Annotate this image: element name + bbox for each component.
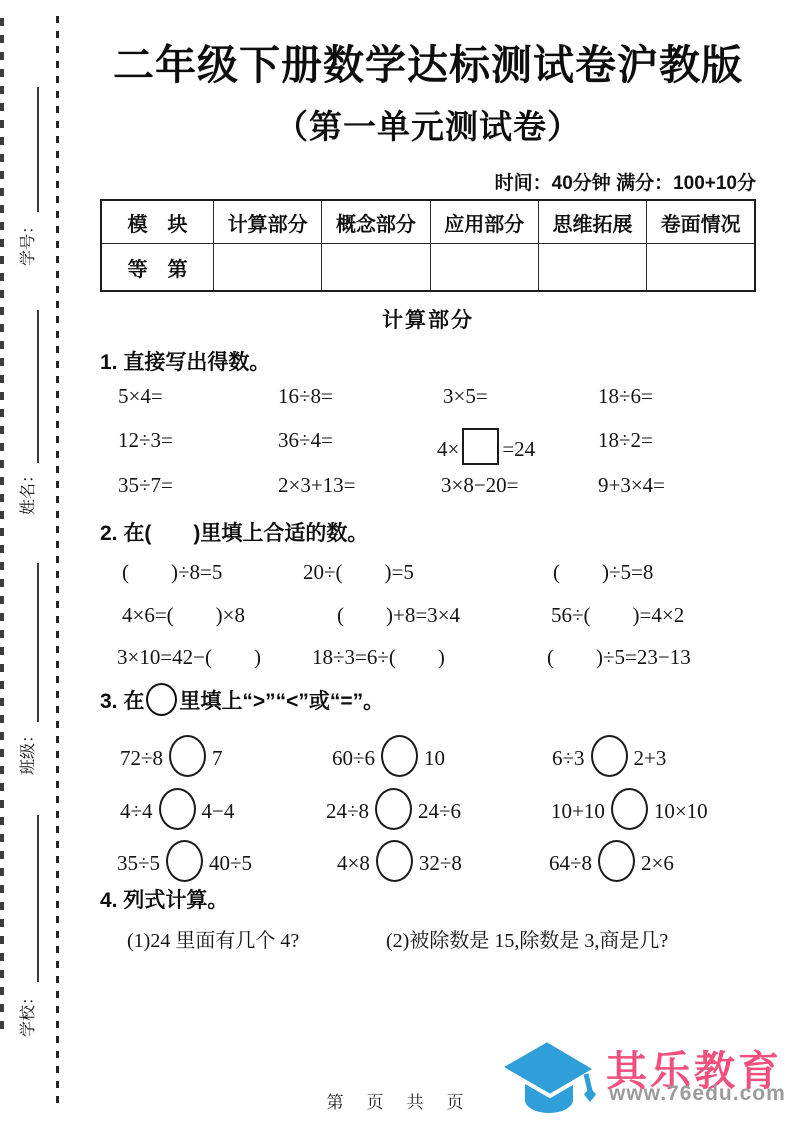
q1-problem: 5×4= xyxy=(118,384,163,409)
student-name-write-line xyxy=(37,310,39,463)
q1-box-pre: 4× xyxy=(437,437,459,461)
q2-problem: 4×6=( )×8 xyxy=(122,599,245,629)
q1-problem: 16÷8= xyxy=(278,384,333,409)
q3-problem: 35÷540÷5 xyxy=(117,840,252,882)
comparison-circle-icon xyxy=(611,788,648,830)
q3-right-expr: 10 xyxy=(424,746,445,770)
q3-title-pre: 3. 在 xyxy=(100,690,144,713)
q2-problem: 3×10=42−( ) xyxy=(117,641,261,671)
class-label: 班级： xyxy=(15,719,33,783)
q3-right-expr: 24÷6 xyxy=(418,799,461,823)
school-write-line xyxy=(37,815,39,982)
score-col-module: 模 块 xyxy=(101,200,214,244)
student-id-label: 学号： xyxy=(15,210,33,274)
q3-right-expr: 40÷5 xyxy=(209,851,252,875)
q3-right-expr: 10×10 xyxy=(654,799,708,823)
q2-problem: ( )÷5=23−13 xyxy=(547,641,691,671)
q3-problem: 4÷44−4 xyxy=(120,788,234,830)
grade-cell-empty xyxy=(647,244,755,292)
score-col-calculation: 计算部分 xyxy=(214,200,322,244)
q1-problem: 9+3×4= xyxy=(598,473,665,498)
q3-problem: 24÷824÷6 xyxy=(326,788,461,830)
q1-problem: 35÷7= xyxy=(118,473,173,498)
q3-right-expr: 2×6 xyxy=(641,851,674,875)
q2-problem: 20÷( )=5 xyxy=(303,556,414,586)
grade-row-label: 等 第 xyxy=(101,244,214,292)
q3-title-post: 里填上“>”“<”或“=”。 xyxy=(179,690,384,713)
q4-title: 4. 列式计算。 xyxy=(100,884,228,914)
score-col-thinking: 思维拓展 xyxy=(538,200,646,244)
section-title-calculation: 计算部分 xyxy=(100,304,756,334)
q1-problem: 18÷2= xyxy=(598,428,653,453)
q1-problem: 36÷4= xyxy=(278,428,333,453)
score-col-neatness: 卷面情况 xyxy=(647,200,755,244)
q3-left-expr: 4×8 xyxy=(337,851,370,875)
score-table-grade-row: 等 第 xyxy=(101,244,755,292)
q3-right-expr: 32÷8 xyxy=(419,851,462,875)
comparison-circle-icon xyxy=(598,840,635,882)
grade-cell-empty xyxy=(430,244,538,292)
q3-left-expr: 64÷8 xyxy=(549,851,592,875)
q3-right-expr: 4−4 xyxy=(202,799,235,823)
comparison-circle-icon xyxy=(166,840,203,882)
graduation-cap-icon xyxy=(492,1036,604,1118)
comparison-circle-icon xyxy=(169,735,206,777)
q1-problem: 2×3+13= xyxy=(278,473,356,498)
q3-title: 3. 在里填上“>”“<”或“=”。 xyxy=(100,683,384,716)
q1-problem: 12÷3= xyxy=(118,428,173,453)
q3-problem: 60÷610 xyxy=(332,735,445,777)
grade-cell-empty xyxy=(322,244,430,292)
q2-problem: ( )÷5=8 xyxy=(553,556,653,586)
q3-left-expr: 6÷3 xyxy=(552,746,585,770)
q3-left-expr: 72÷8 xyxy=(120,746,163,770)
q1-problem: 3×8−20= xyxy=(441,473,519,498)
binding-dashed-line xyxy=(56,16,59,1105)
student-id-write-line xyxy=(37,87,39,212)
q3-right-expr: 7 xyxy=(212,746,223,770)
q3-problem: 10+1010×10 xyxy=(551,788,708,830)
q3-problem: 64÷82×6 xyxy=(549,840,674,882)
grade-cell-empty xyxy=(214,244,322,292)
q3-problem: 4×832÷8 xyxy=(337,840,462,882)
q3-left-expr: 4÷4 xyxy=(120,799,153,823)
comparison-circle-icon xyxy=(591,735,628,777)
q3-left-expr: 35÷5 xyxy=(117,851,160,875)
comparison-circle-icon xyxy=(375,788,412,830)
q1-title: 1. 直接写出得数。 xyxy=(100,346,270,376)
q2-problem: 18÷3=6÷( ) xyxy=(312,641,445,671)
q3-problem: 6÷32+3 xyxy=(552,735,666,777)
q2-title: 2. 在( )里填上合适的数。 xyxy=(100,517,368,547)
q3-left-expr: 24÷8 xyxy=(326,799,369,823)
exam-time-score-info: 时间：40分钟 满分：100+10分 xyxy=(100,168,756,195)
answer-blank-box xyxy=(462,428,499,465)
q3-right-expr: 2+3 xyxy=(634,746,667,770)
q3-left-expr: 10+10 xyxy=(551,799,605,823)
score-col-application: 应用部分 xyxy=(430,200,538,244)
q1-problem: 18÷6= xyxy=(598,384,653,409)
comparison-circle-icon xyxy=(159,788,196,830)
score-col-concept: 概念部分 xyxy=(322,200,430,244)
q1-box-post: =24 xyxy=(502,437,535,461)
comparison-circle-icon xyxy=(146,683,177,716)
score-table: 模 块 计算部分 概念部分 应用部分 思维拓展 卷面情况 等 第 xyxy=(100,199,756,292)
q1-problem: 3×5= xyxy=(443,384,488,409)
student-name-label: 姓名： xyxy=(15,459,33,523)
q3-left-expr: 60÷6 xyxy=(332,746,375,770)
q2-problem: 56÷( )=4×2 xyxy=(551,599,684,629)
class-write-line xyxy=(37,563,39,722)
q4-word-problem-1: (1)24 里面有几个 4? xyxy=(127,924,299,953)
q2-problem: ( )÷8=5 xyxy=(122,556,222,586)
comparison-circle-icon xyxy=(376,840,413,882)
score-table-header-row: 模 块 计算部分 概念部分 应用部分 思维拓展 卷面情况 xyxy=(101,200,755,244)
q2-problem: ( )+8=3×4 xyxy=(337,599,460,629)
qile-education-logo: 其乐教育 www.76edu.com xyxy=(492,1034,792,1118)
page-title: 二年级下册数学达标测试卷沪教版 xyxy=(88,32,768,91)
q3-problem: 72÷87 xyxy=(120,735,223,777)
page-subtitle: （第一单元测试卷） xyxy=(88,101,768,148)
q1-problem-with-blank-box: 4×=24 xyxy=(437,428,535,465)
grade-cell-empty xyxy=(538,244,646,292)
comparison-circle-icon xyxy=(381,735,418,777)
q4-word-problem-2: (2)被除数是 15,除数是 3,商是几? xyxy=(386,924,668,953)
test-paper-page: 学号： 姓名： 班级： 学校： 二年级下册数学达标测试卷沪教版 （第一单元测试卷… xyxy=(0,0,793,1122)
school-label: 学校： xyxy=(15,981,33,1045)
brand-url: www.76edu.com xyxy=(609,1082,786,1106)
page-edge-perforation xyxy=(0,18,4,1030)
